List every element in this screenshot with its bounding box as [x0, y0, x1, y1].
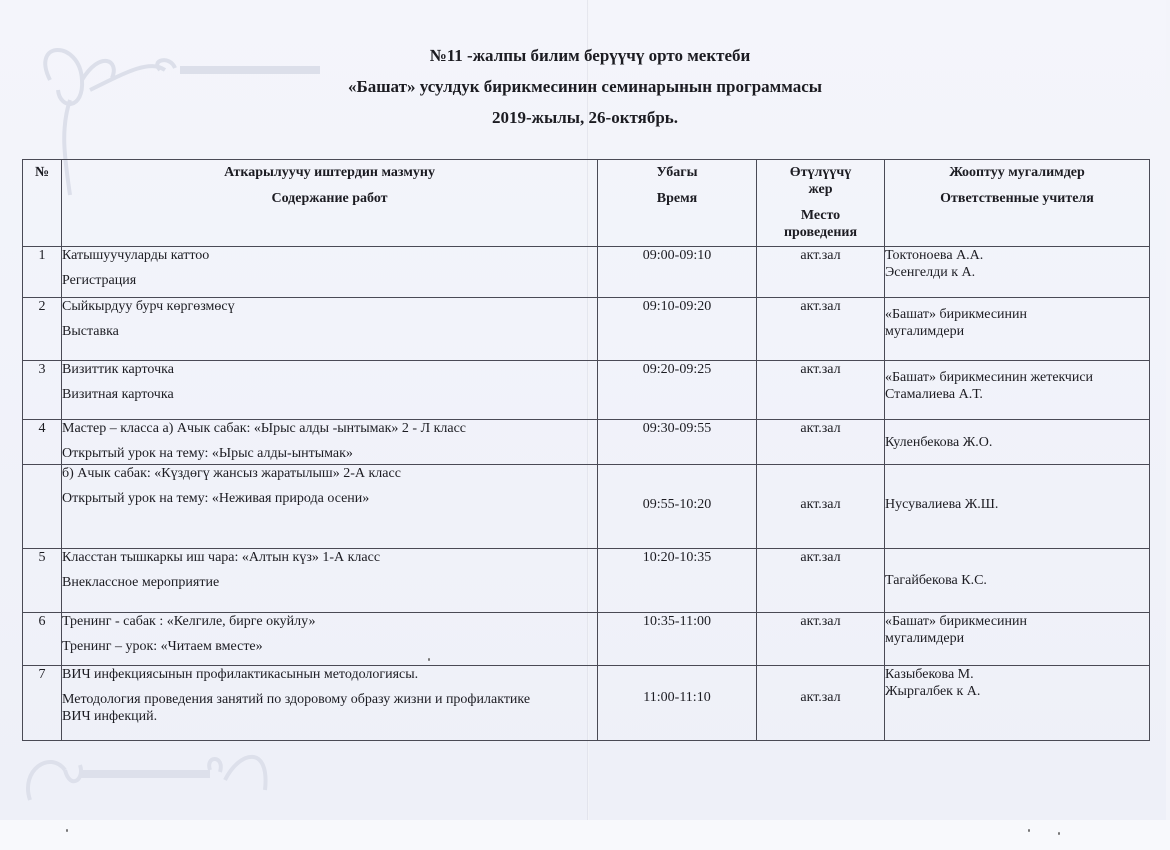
header-time-ky: Убагы — [598, 164, 756, 181]
seminar-program-table: № Аткарылуучу иштердин мазмуну Содержани… — [22, 159, 1150, 741]
header-place-ru-2: проведения — [757, 224, 884, 241]
table-row: 1 Катышуучуларды каттоо Регистрация 09:0… — [23, 247, 1150, 298]
header-place: Өтүлүүчү жер Место проведения — [757, 160, 885, 247]
row-content: Сыйкырдуу бурч көргөзмөсү Выставка — [62, 298, 598, 361]
content-ru: Регистрация — [62, 272, 597, 289]
row-content: Катышуучуларды каттоо Регистрация — [62, 247, 598, 298]
row-time: 11:00-11:10 — [598, 666, 757, 741]
row-content: б) Ачык сабак: «Күздөгү жансыз жаратылыш… — [62, 465, 598, 549]
teacher-line-2: мугалимдери — [885, 323, 1149, 340]
teacher-line-1: Куленбекова Ж.О. — [885, 434, 1149, 451]
content-ky: Мастер – класса а) Ачык сабак: «Ырыс алд… — [62, 420, 597, 437]
content-ky: ВИЧ инфекциясынын профилактикасынын мето… — [62, 666, 597, 683]
row-time: 10:35-11:00 — [598, 613, 757, 666]
row-time: 09:55-10:20 — [598, 465, 757, 549]
scanner-bed — [0, 820, 1170, 850]
table-row: 6 Тренинг - сабак : «Келгиле, бирге окуй… — [23, 613, 1150, 666]
content-ky: Визиттик карточка — [62, 361, 597, 378]
header-time-ru: Время — [598, 190, 756, 207]
header-content: Аткарылуучу иштердин мазмуну Содержание … — [62, 160, 598, 247]
teacher-line-1: «Башат» бирикмесинин жетекчиси — [885, 369, 1149, 386]
header-place-ky-1: Өтүлүүчү — [757, 164, 884, 181]
row-place: акт.зал — [757, 361, 885, 420]
teacher-line-2: мугалимдери — [885, 630, 1149, 647]
row-place: акт.зал — [757, 298, 885, 361]
row-time: 09:00-09:10 — [598, 247, 757, 298]
table-header-row: № Аткарылуучу иштердин мазмуну Содержани… — [23, 160, 1150, 247]
teacher-line-1: «Башат» бирикмесинин — [885, 613, 1149, 630]
table-row: 2 Сыйкырдуу бурч көргөзмөсү Выставка 09:… — [23, 298, 1150, 361]
teacher-line-1: Токтоноева А.А. — [885, 247, 1149, 264]
content-ky: Катышуучуларды каттоо — [62, 247, 597, 264]
row-number: 2 — [23, 298, 62, 361]
row-number — [23, 465, 62, 549]
content-ru: Методология проведения занятий по здоров… — [62, 691, 532, 725]
scan-speck — [1028, 829, 1030, 832]
row-place: акт.зал — [757, 613, 885, 666]
row-teachers: Тагайбекова К.С. — [885, 549, 1150, 613]
table-row: 3 Визиттик карточка Визитная карточка 09… — [23, 361, 1150, 420]
teacher-line-1: Нусувалиева Ж.Ш. — [885, 496, 1149, 513]
teacher-line-2: Эсенгелди к А. — [885, 264, 1149, 281]
content-ru: Открытый урок на тему: «Неживая природа … — [62, 490, 597, 507]
row-time: 09:30-09:55 — [598, 420, 757, 465]
content-ky: Сыйкырдуу бурч көргөзмөсү — [62, 298, 597, 315]
row-teachers: «Башат» бирикмесинин жетекчиси Стамалиев… — [885, 361, 1150, 420]
content-ru: Открытый урок на тему: «Ырыс алды-ынтыма… — [62, 445, 597, 462]
content-ky: Класстан тышкаркы иш чара: «Алтын күз» 1… — [62, 549, 597, 566]
table-row: 7 ВИЧ инфекциясынын профилактикасынын ме… — [23, 666, 1150, 741]
header-place-ky-2: жер — [757, 181, 884, 198]
row-number: 5 — [23, 549, 62, 613]
content-ky: б) Ачык сабак: «Күздөгү жансыз жаратылыш… — [62, 465, 597, 482]
row-time: 09:10-09:20 — [598, 298, 757, 361]
header-teachers-ky: Жооптуу мугалимдер — [885, 164, 1149, 181]
row-teachers: Нусувалиева Ж.Ш. — [885, 465, 1150, 549]
header-content-ru: Содержание работ — [62, 190, 597, 207]
header-teachers-ru: Ответственные учителя — [885, 190, 1149, 207]
content-ru: Тренинг – урок: «Читаем вместе» — [62, 638, 597, 655]
row-content: Визиттик карточка Визитная карточка — [62, 361, 598, 420]
row-teachers: «Башат» бирикмесинин мугалимдери — [885, 613, 1150, 666]
row-place: акт.зал — [757, 420, 885, 465]
table-row: б) Ачык сабак: «Күздөгү жансыз жаратылыш… — [23, 465, 1150, 549]
row-number: 4 — [23, 420, 62, 465]
row-number: 6 — [23, 613, 62, 666]
row-number: 7 — [23, 666, 62, 741]
table-row: 4 Мастер – класса а) Ачык сабак: «Ырыс а… — [23, 420, 1150, 465]
scan-speck — [66, 829, 68, 832]
header-place-ru-1: Место — [757, 207, 884, 224]
row-teachers: «Башат» бирикмесинин мугалимдери — [885, 298, 1150, 361]
scan-speck — [1058, 832, 1060, 835]
scan-speck — [428, 658, 430, 661]
row-content: Класстан тышкаркы иш чара: «Алтын күз» 1… — [62, 549, 598, 613]
row-time: 10:20-10:35 — [598, 549, 757, 613]
row-number: 3 — [23, 361, 62, 420]
teacher-line-1: Тагайбекова К.С. — [885, 572, 1149, 589]
row-time: 09:20-09:25 — [598, 361, 757, 420]
row-content: ВИЧ инфекциясынын профилактикасынын мето… — [62, 666, 598, 741]
row-place: акт.зал — [757, 247, 885, 298]
row-place: акт.зал — [757, 666, 885, 741]
table-row: 5 Класстан тышкаркы иш чара: «Алтын күз»… — [23, 549, 1150, 613]
header-number: № — [23, 160, 62, 247]
row-teachers: Токтоноева А.А. Эсенгелди к А. — [885, 247, 1150, 298]
row-place: акт.зал — [757, 549, 885, 613]
header-time: Убагы Время — [598, 160, 757, 247]
row-teachers: Куленбекова Ж.О. — [885, 420, 1150, 465]
teacher-line-1: «Башат» бирикмесинин — [885, 306, 1149, 323]
teacher-line-1: Казыбекова М. — [885, 666, 1149, 683]
document-header: №11 -жалпы билим берүүчү орто мектеби «Б… — [0, 40, 1170, 133]
seminar-title: «Башат» усулдук бирикмесинин семинарынын… — [0, 71, 1170, 102]
header-teachers: Жооптуу мугалимдер Ответственные учителя — [885, 160, 1150, 247]
content-ky: Тренинг - сабак : «Келгиле, бирге окуйлу… — [62, 613, 597, 630]
row-number: 1 — [23, 247, 62, 298]
teacher-line-2: Жыргалбек к А. — [885, 683, 1149, 700]
content-ru: Внеклассное мероприятие — [62, 574, 597, 591]
content-ru: Выставка — [62, 323, 597, 340]
row-teachers: Казыбекова М. Жыргалбек к А. — [885, 666, 1150, 741]
row-content: Мастер – класса а) Ачык сабак: «Ырыс алд… — [62, 420, 598, 465]
row-place: акт.зал — [757, 465, 885, 549]
seminar-date: 2019-жылы, 26-октябрь. — [0, 102, 1170, 133]
row-content: Тренинг - сабак : «Келгиле, бирге окуйлу… — [62, 613, 598, 666]
header-content-ky: Аткарылуучу иштердин мазмуну — [62, 164, 597, 181]
content-ru: Визитная карточка — [62, 386, 597, 403]
teacher-line-2: Стамалиева А.Т. — [885, 386, 1149, 403]
school-title: №11 -жалпы билим берүүчү орто мектеби — [0, 40, 1170, 71]
